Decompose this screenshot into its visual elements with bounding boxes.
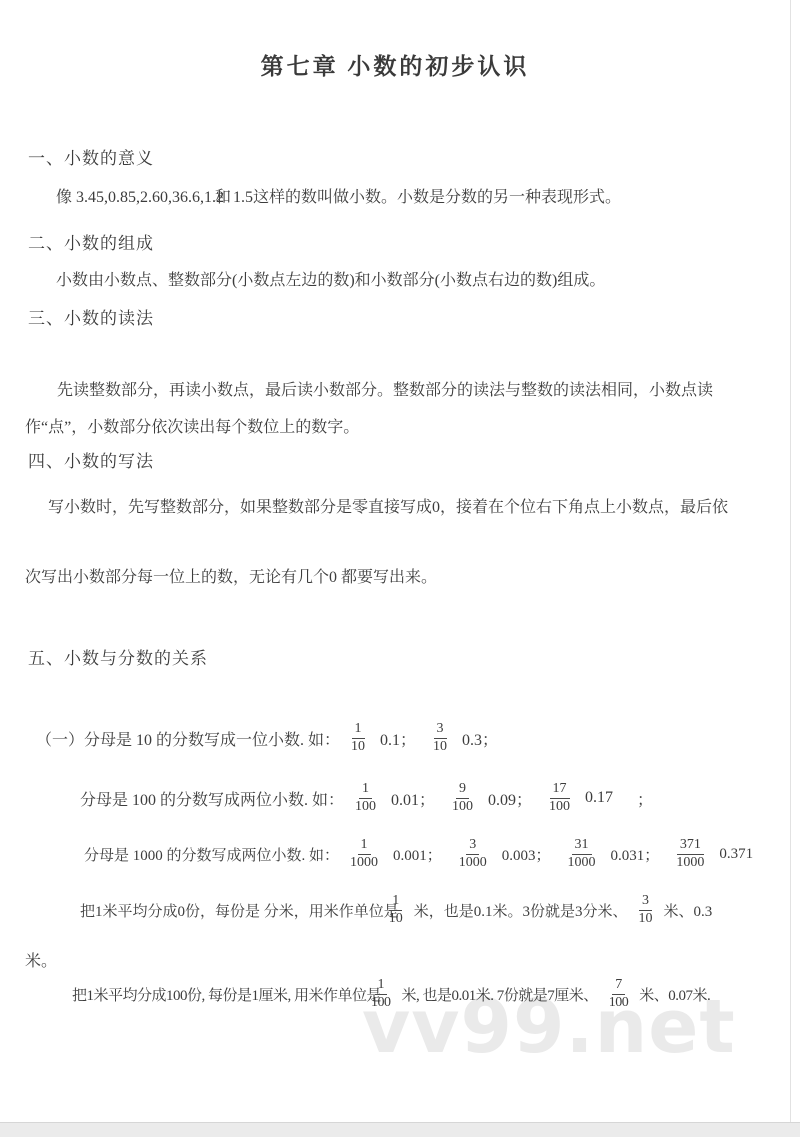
line-mid: 米, 也是0.01米. 7份就是7厘米、	[402, 984, 598, 1005]
line-tail: ；	[637, 787, 653, 810]
fraction-371-1000: 3711000	[673, 837, 707, 870]
fraction-numerator: 3	[466, 837, 479, 854]
line-tail: 米、0.07米.	[639, 984, 710, 1005]
viewer-bottom-bar	[0, 1122, 800, 1137]
meter-tenths-line: 把1米平均分成0份，每份是 分米，用米作单位是 110 米，也是0.1米。3份就…	[80, 884, 712, 936]
fraction-denominator: 100	[606, 995, 632, 1011]
fraction-denominator: 1000	[456, 855, 490, 871]
fraction-1-1000: 11000	[347, 837, 381, 870]
section-one-heading: 一、小数的意义	[28, 144, 154, 169]
line-lead: 把1米平均分成0份，每份是 分米，用米作单位是	[80, 900, 399, 921]
decimal-value: 0.031；	[611, 844, 660, 865]
section-five-heading: 五、小数与分数的关系	[28, 644, 208, 669]
fraction-numerator: 3	[639, 893, 652, 910]
decimal-value: 0.17	[585, 789, 613, 807]
thousandths-line: 分母是 1000 的分数写成两位小数. 如： 11000 0.001； 3100…	[84, 828, 759, 880]
section-one-body: 像 3.45,0.85,2.60,36.6,1.2和1.5这样的数叫做小数。小数…	[56, 184, 621, 207]
fraction-1-100: 1100	[368, 977, 394, 1010]
fraction-numerator: 1	[359, 781, 372, 798]
section-four-body-line2: 次写出小数部分每一位上的数，无论有几个0 都要写出来。	[25, 564, 437, 587]
line-lead: 分母是 1000 的分数写成两位小数. 如：	[84, 844, 339, 865]
body-text: 像 3.45,0.85,2.60,36.6,1.2	[56, 189, 224, 206]
hundredths-line: 分母是 100 的分数写成两位小数. 如： 1100 0.01； 9100 0.…	[80, 772, 653, 824]
fraction-numerator: 7	[612, 977, 625, 994]
fraction-denominator: 1000	[347, 855, 381, 871]
fraction-numerator: 9	[456, 781, 469, 798]
decimal-value: 0.371	[719, 846, 753, 863]
fraction-denominator: 10	[636, 911, 656, 927]
fraction-numerator: 1	[358, 837, 371, 854]
fraction-3-1000: 31000	[456, 837, 490, 870]
fraction-denominator: 10	[386, 911, 406, 927]
body-text: 1.5这样的数叫做小数。小数是分数的另一种表现形式。	[233, 189, 621, 206]
fraction-numerator: 31	[572, 837, 592, 854]
fraction-numerator: 3	[434, 721, 447, 738]
decimal-value: 0.09；	[488, 787, 532, 810]
fraction-denominator: 10	[348, 739, 368, 755]
line-mid: 米，也是0.1米。3份就是3分米、	[414, 900, 628, 921]
section-three-body: 先读整数部分，再读小数点，最后读小数部分。整数部分的读法与整数的读法相同，小数点…	[25, 372, 775, 446]
line-lead: 分母是 100 的分数写成两位小数. 如：	[80, 787, 344, 810]
meter-hundredths-line: 把1米平均分成100份, 每份是1厘米, 用米作单位是 1100 米, 也是0.…	[72, 968, 710, 1020]
page-right-edge-divider	[790, 0, 791, 1122]
fraction-denominator: 100	[352, 799, 379, 815]
fraction-denominator: 100	[368, 995, 394, 1011]
fraction-9-100: 9100	[449, 781, 476, 814]
line-tail: 米、0.3	[664, 900, 713, 921]
fraction-1-100: 1100	[352, 781, 379, 814]
fraction-7-100: 7100	[606, 977, 632, 1010]
fraction-3-10: 310	[430, 721, 450, 754]
fraction-1-10: 110	[348, 721, 368, 754]
fraction-1-10: 110	[386, 893, 406, 926]
section-three-heading: 三、小数的读法	[28, 304, 154, 329]
decimal-value: 0.3；	[462, 727, 498, 750]
fraction-denominator: 10	[430, 739, 450, 755]
fraction-denominator: 100	[449, 799, 476, 815]
fraction-numerator: 371	[677, 837, 704, 854]
fraction-numerator: 1	[352, 721, 365, 738]
fraction-denominator: 1000	[673, 855, 707, 871]
fraction-31-1000: 311000	[565, 837, 599, 870]
section-four-body-line1: 写小数时，先写整数部分，如果整数部分是零直接写成0，接着在个位右下角点上小数点，…	[48, 494, 728, 517]
line-lead: （一）分母是 10 的分数写成一位小数. 如：	[36, 727, 340, 750]
fraction-denominator: 100	[546, 799, 573, 815]
section-four-heading: 四、小数的写法	[28, 447, 154, 472]
meter-tenths-wrap: 米。	[25, 948, 57, 971]
line-lead: 把1米平均分成100份, 每份是1厘米, 用米作单位是	[72, 984, 381, 1005]
tenths-line: （一）分母是 10 的分数写成一位小数. 如： 110 0.1； 310 0.3…	[36, 712, 504, 764]
fraction-numerator: 1	[375, 977, 388, 994]
decimal-value: 0.01；	[391, 787, 435, 810]
document-page: 第七章 小数的初步认识 一、小数的意义 像 3.45,0.85,2.60,36.…	[0, 0, 800, 1137]
decimal-value: 0.001；	[393, 844, 442, 865]
decimal-value: 0.003；	[502, 844, 551, 865]
section-two-body: 小数由小数点、整数部分(小数点左边的数)和小数部分(小数点右边的数)组成。	[56, 267, 605, 290]
fraction-numerator: 17	[550, 781, 570, 798]
fraction-17-100: 17100	[546, 781, 573, 814]
fraction-numerator: 1	[389, 893, 402, 910]
fraction-denominator: 1000	[565, 855, 599, 871]
fraction-3-10: 310	[636, 893, 656, 926]
decimal-value: 0.1；	[380, 727, 416, 750]
body-text-overlap: 和	[215, 189, 231, 206]
section-two-heading: 二、小数的组成	[28, 229, 154, 254]
page-title: 第七章 小数的初步认识	[0, 48, 790, 81]
